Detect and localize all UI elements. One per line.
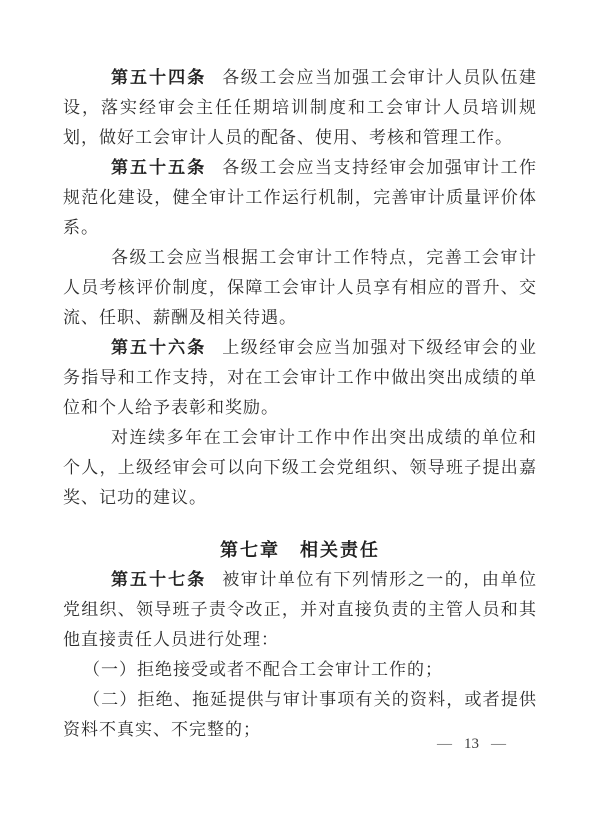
article-55-paragraph-2: 各级工会应当根据工会审计工作特点，完善工会审计人员考核评价制度，保障工会审计人员…	[63, 243, 537, 333]
article-55-paragraph-2-text: 各级工会应当根据工会审计工作特点，完善工会审计人员考核评价制度，保障工会审计人员…	[63, 248, 537, 327]
article-56-paragraph: 第五十六条上级经审会应当加强对下级经审会的业务指导和工作支持，对在工会审计工作中…	[63, 333, 537, 423]
article-57-label: 第五十七条	[111, 570, 206, 589]
article-56-label: 第五十六条	[111, 338, 206, 357]
article-57-item-2-text: （二）拒绝、拖延提供与审计事项有关的资料，或者提供资料不真实、不完整的；	[63, 690, 537, 739]
document-page: 第五十四条各级工会应当加强工会审计人员队伍建设，落实经审会主任任期培训制度和工会…	[0, 0, 600, 819]
article-54-paragraph: 第五十四条各级工会应当加强工会审计人员队伍建设，落实经审会主任任期培训制度和工会…	[63, 63, 537, 153]
article-54-label: 第五十四条	[111, 68, 206, 87]
article-57-item-1: （一）拒绝接受或者不配合工会审计工作的；	[63, 655, 537, 685]
article-57-item-1-text: （一）拒绝接受或者不配合工会审计工作的；	[83, 660, 443, 679]
page-number-value: 13	[464, 735, 479, 753]
article-56-paragraph-2-text: 对连续多年在工会审计工作中作出突出成绩的单位和个人，上级经审会可以向下级工会党组…	[63, 428, 537, 507]
article-55-paragraph: 第五十五条各级工会应当支持经审会加强审计工作规范化建设，健全审计工作运行机制，完…	[63, 153, 537, 243]
page-number: — 13 —	[437, 735, 506, 753]
article-57-paragraph: 第五十七条被审计单位有下列情形之一的，由单位党组织、领导班子责令改正，并对直接负…	[63, 565, 537, 655]
chapter-7-heading: 第七章 相关责任	[63, 535, 537, 565]
page-number-dash-right: —	[491, 735, 506, 753]
article-56-paragraph-2: 对连续多年在工会审计工作中作出突出成绩的单位和个人，上级经审会可以向下级工会党组…	[63, 423, 537, 513]
document-body: 第五十四条各级工会应当加强工会审计人员队伍建设，落实经审会主任任期培训制度和工会…	[63, 63, 537, 745]
page-number-dash-left: —	[437, 735, 452, 753]
article-55-label: 第五十五条	[111, 158, 206, 177]
